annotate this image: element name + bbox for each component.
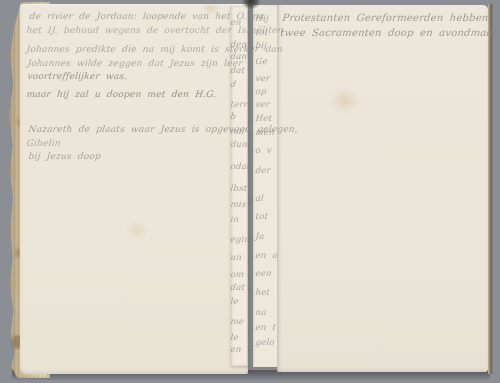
handwriting-fragment: mis (230, 200, 247, 210)
handwriting-fragment: dat (230, 66, 246, 76)
handwriting-fragment: me (230, 317, 245, 327)
handwriting-fragment: ver (255, 100, 271, 110)
handwriting-fragment: ver (255, 74, 271, 84)
handwriting-fragment: terre (230, 100, 248, 110)
handwriting-fragment: al (255, 194, 264, 204)
under-leaf-left-edge: HijtotbijGeveropverHetmeno vderaltotJaen… (253, 5, 278, 367)
handwriting-fragment: lbst (230, 184, 248, 194)
handwriting-fragment: en (230, 345, 242, 355)
handwriting-fragment: odat (230, 162, 248, 172)
binding-notch (242, 0, 260, 9)
handwriting-fragment: b (230, 112, 237, 122)
handwriting-fragment: en (230, 18, 242, 28)
handwriting-fragment: der (255, 166, 271, 176)
handwriting-fragment: eging (230, 235, 248, 245)
handwriting-fragment: Ja (255, 232, 265, 242)
under-leaf-right-edge: endendandatdterrebmildunodatlbstmisinegi… (230, 6, 248, 366)
handwriting-fragment: d (230, 80, 237, 90)
handwriting-fragment: gelo (255, 338, 275, 348)
handwriting-fragment: dan (230, 52, 248, 62)
handwriting-fragment: op (255, 87, 267, 97)
handwriting-fragment: mil (230, 127, 245, 137)
handwriting-fragment: en a (255, 251, 278, 261)
handwriting-fragment: en t (255, 323, 276, 333)
right-page (277, 5, 488, 372)
right-page-edge (488, 4, 493, 374)
handwriting-fragment: het (255, 288, 271, 298)
handwriting-fragment: Ge (255, 57, 268, 67)
handwriting-fragment: le (230, 333, 239, 343)
handwriting-fragment: in (230, 215, 240, 225)
handwriting-fragment: den (230, 40, 248, 50)
page-stain (330, 88, 360, 114)
handwriting-fragment: o v (255, 146, 272, 156)
page-stain (202, 2, 220, 14)
handwriting-fragment: tot (255, 212, 269, 222)
handwriting-fragment: dun (230, 140, 248, 150)
handwriting-fragment: dat (230, 283, 246, 293)
handwriting-fragment: een (255, 269, 272, 279)
left-page (20, 4, 248, 374)
handwriting-fragment: tot (255, 28, 269, 38)
handwriting-fragment: om (230, 270, 245, 280)
handwriting-fragment: un (230, 253, 242, 263)
handwriting-fragment: bij (255, 41, 267, 51)
handwriting-fragment: Het (255, 114, 273, 124)
handwriting-fragment: le (230, 297, 239, 307)
handwriting-fragment: na (255, 308, 267, 318)
handwriting-fragment: men (255, 128, 275, 138)
handwriting-fragment: Hij (255, 14, 269, 24)
page-stain (126, 220, 148, 240)
